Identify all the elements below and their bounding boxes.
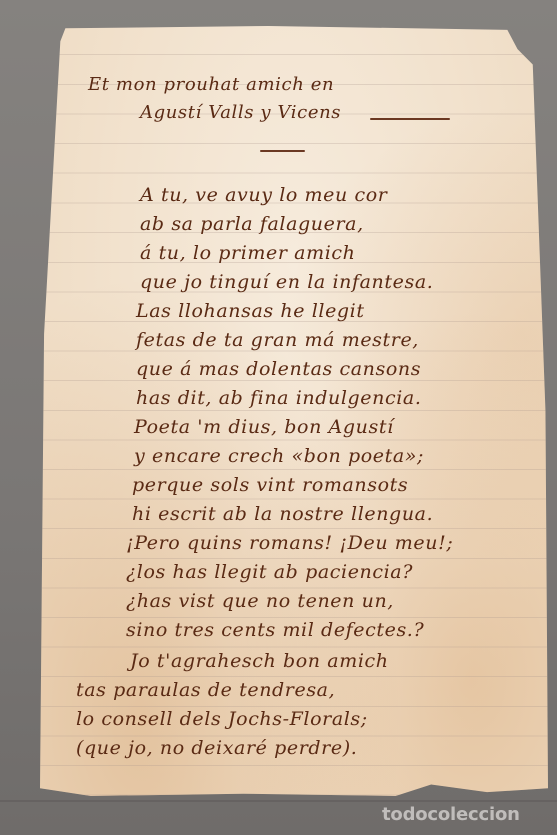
poem-line: ¡Pero quins romans! ¡Deu meu!; [126,532,453,554]
poem-line: ¿has vist que no tenen un, [126,590,394,612]
poem-line: A tu, ve avuy lo meu cor [140,184,387,206]
poem-line: sino tres cents mil defectes.? [126,619,424,641]
poem-line: Las llohansas he llegit [136,300,365,322]
poem-line: á tu, lo primer amich [140,242,355,264]
watermark-todocoleccion: todocoleccion [382,804,520,825]
poem-line: y encare crech «bon poeta»; [134,445,424,467]
handwritten-text: Et mon prouhat amich en Agustí Valls y V… [40,26,548,796]
poem-line: (que jo, no deixaré perdre). [76,737,357,759]
poem-line: fetas de ta gran má mestre, [136,329,419,351]
poem-line: hi escrit ab la nostre llengua. [132,503,433,525]
dedication-line-1: Et mon prouhat amich en [88,74,334,95]
poem-line: Jo t'agrahesch bon amich [130,650,389,672]
poem-line: Poeta 'm dius, bon Agustí [134,416,394,438]
poem-line: tas paraulas de tendresa, [76,679,335,701]
poem-line: ab sa parla falaguera, [140,213,364,235]
poem-line: perque sols vint romansots [132,474,408,496]
poem-line: lo consell dels Jochs-Florals; [76,708,368,730]
poem-line: que jo tinguí en la infantesa. [140,271,433,293]
poem-line: ¿los has llegit ab paciencia? [126,561,413,583]
board-edge [0,800,557,802]
flourish-dash [260,150,305,152]
poem-line: que á mas dolentas cansons [136,358,421,380]
flourish-underline [370,118,450,120]
dedication-line-2: Agustí Valls y Vicens [140,102,341,123]
poem-line: has dit, ab fina indulgencia. [136,387,421,409]
manuscript-page: Et mon prouhat amich en Agustí Valls y V… [40,26,548,796]
